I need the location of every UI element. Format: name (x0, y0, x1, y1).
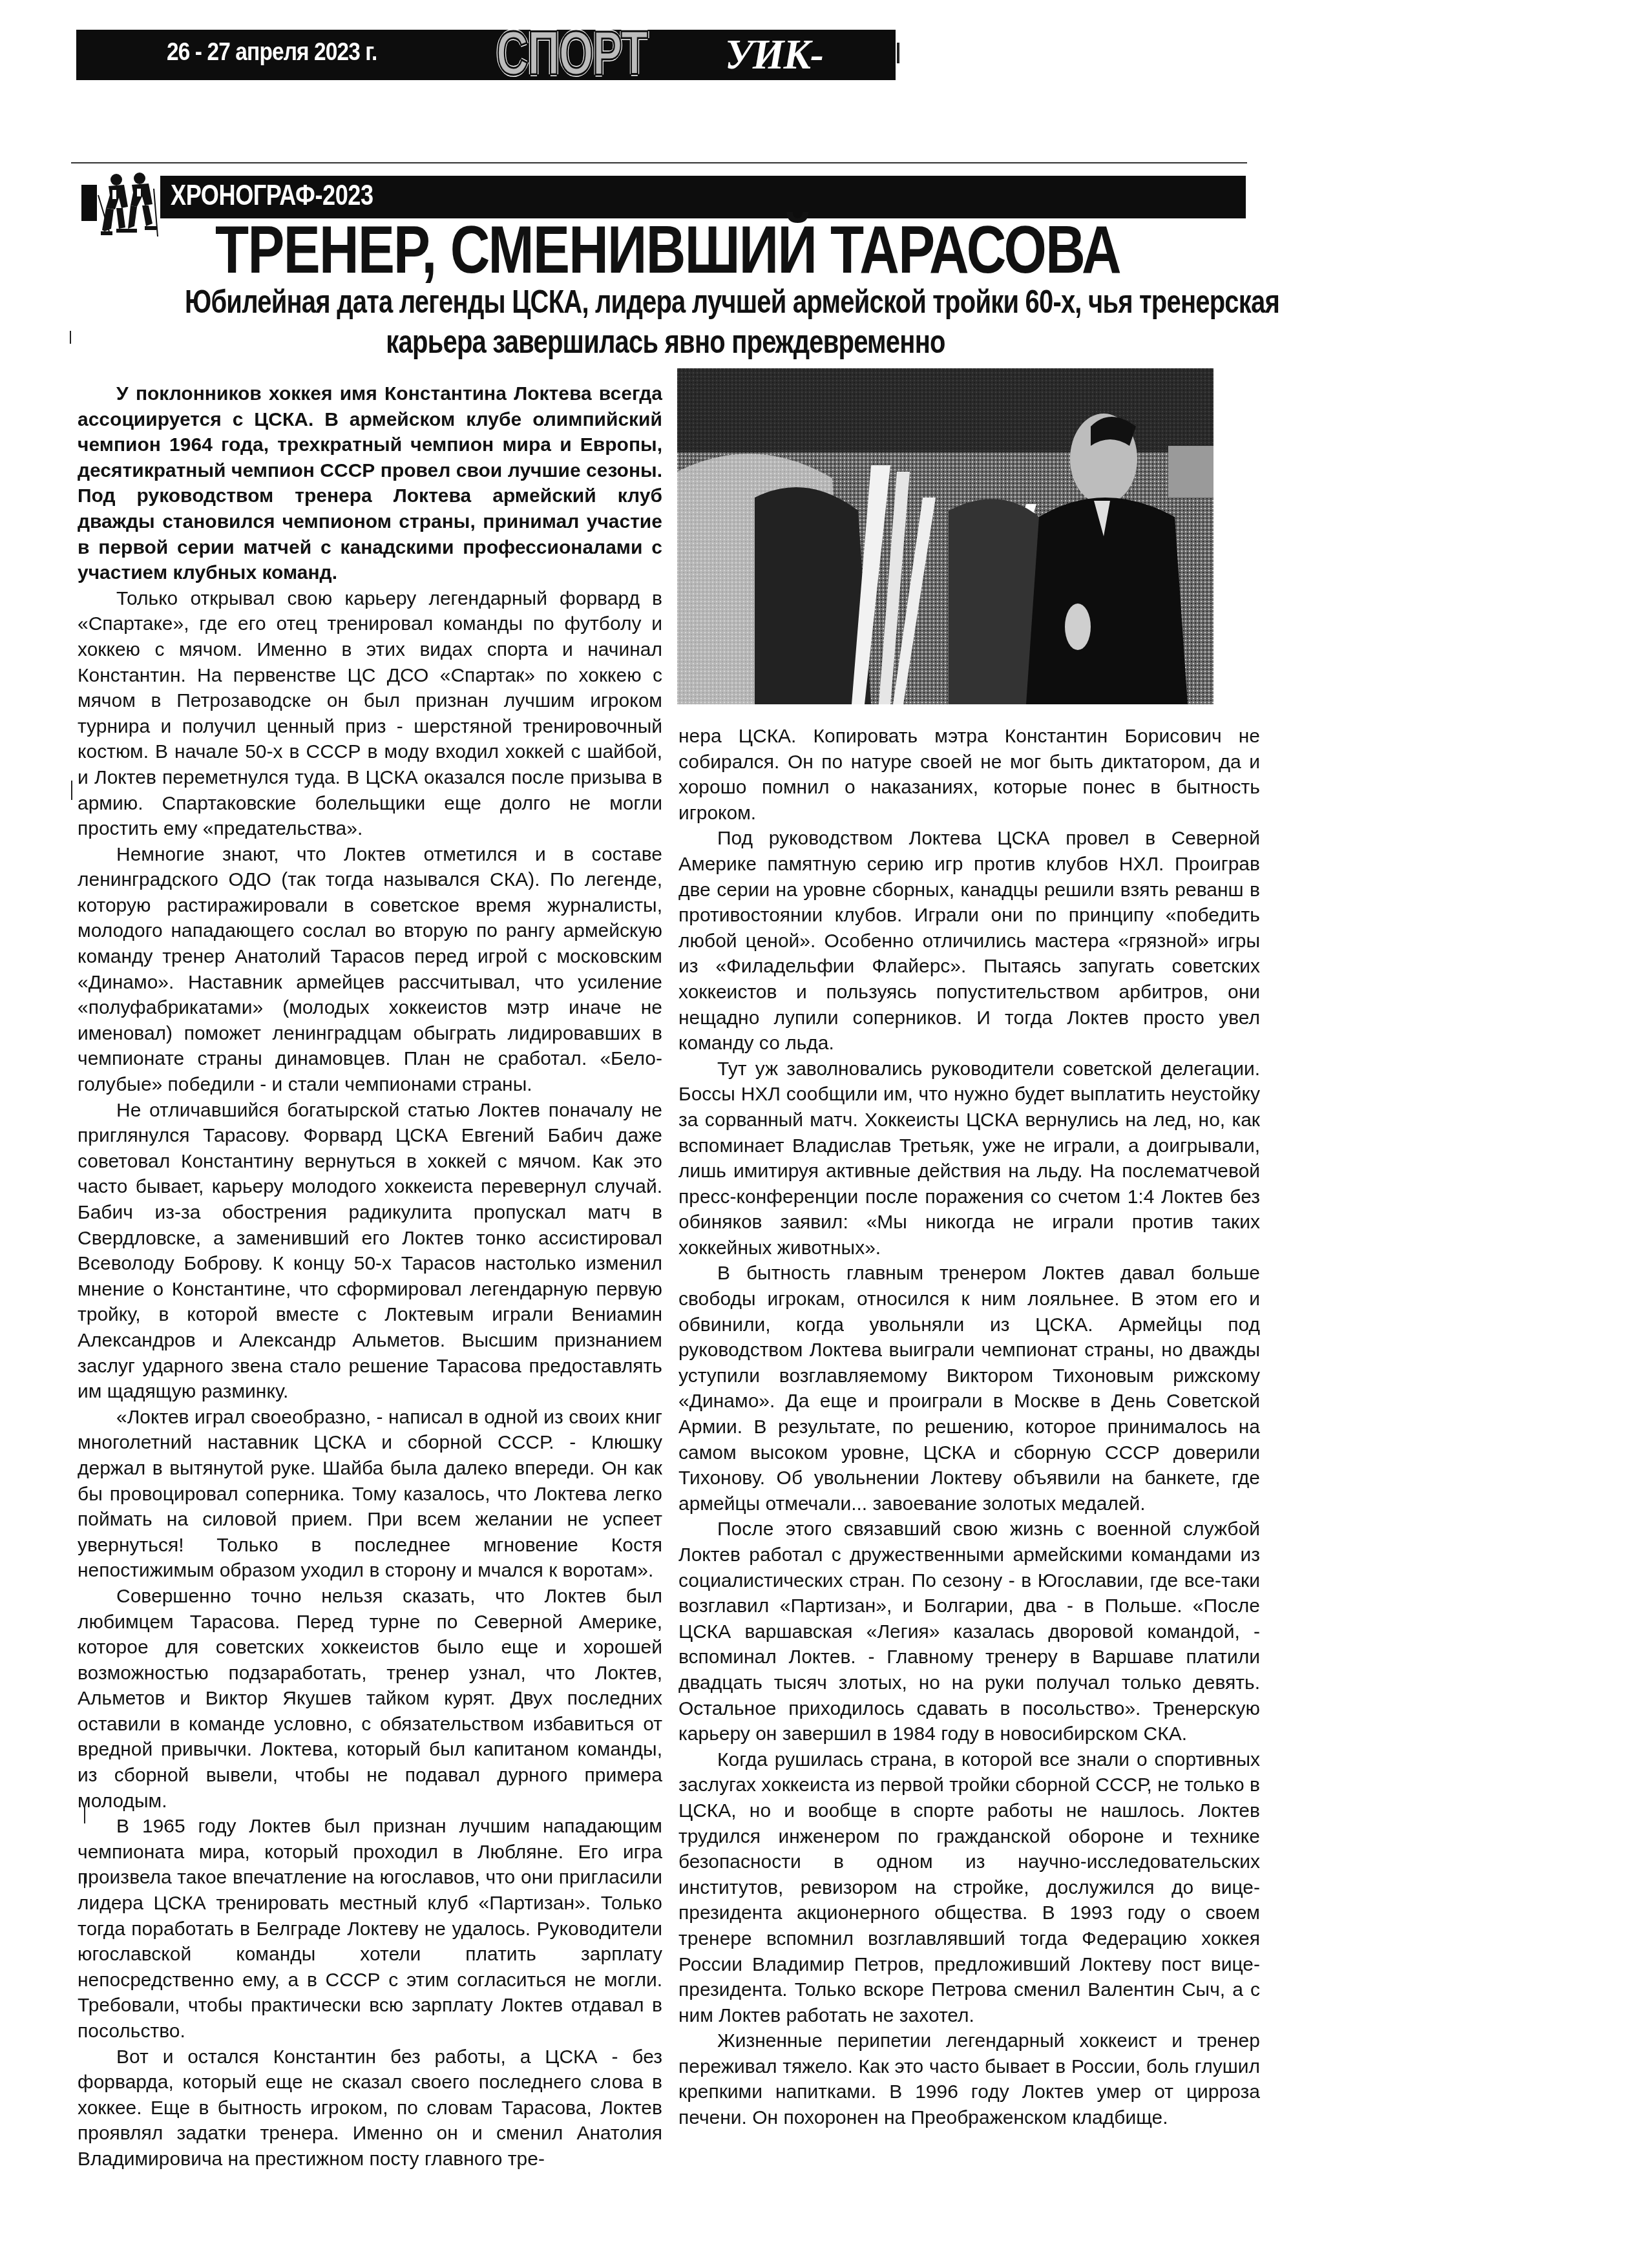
body-paragraph: Под руководством Локтева ЦСКА провел в С… (678, 826, 1260, 1056)
hockey-players-icon (97, 169, 159, 240)
right-column: нера ЦСКА. Копировать мэтра Константин Б… (678, 724, 1260, 2131)
body-paragraph: Когда рушилась страна, в которой все зна… (678, 1747, 1260, 2029)
top-rule-divider (71, 162, 1247, 163)
left-column: У поклонников хоккея имя Константина Лок… (78, 381, 662, 2172)
body-paragraph: Немногие знают, что Локтев отметился и в… (78, 842, 662, 1098)
sport-logo: СПОРТ (496, 21, 706, 87)
article-photo (677, 368, 1213, 704)
section-marker-block (81, 185, 97, 221)
scan-mark (71, 781, 72, 800)
body-paragraph: Не отличавшийся богатырской статью Локте… (78, 1098, 662, 1405)
sport-logo-text: СПОРТ (496, 23, 647, 85)
masthead: 26 - 27 апреля 2023 г. СПОРТ УИК-ЭНД (76, 30, 896, 80)
scan-mark (84, 1874, 85, 1888)
continued-paragraph: нера ЦСКА. Копировать мэтра Константин Б… (678, 724, 1260, 826)
scan-mark (84, 1807, 85, 1823)
weekend-logo: УИК-ЭНД (725, 34, 887, 119)
body-paragraph: Вот и остался Константин без работы, а Ц… (78, 2044, 662, 2172)
issue-date: 26 - 27 апреля 2023 г. (167, 39, 377, 67)
section-label: ХРОНОГРАФ-2023 (171, 180, 373, 212)
body-paragraph: Только открывал свою карьеру легендарный… (78, 586, 662, 842)
article-subheadline: Юбилейная дата легенды ЦСКА, лидера лучш… (65, 282, 1266, 362)
body-paragraph: В 1965 году Локтев был признан лучшим на… (78, 1814, 662, 2044)
body-paragraph: После этого связавший свою жизнь с военн… (678, 1517, 1260, 1747)
subhead-line-2: карьера завершилась явно преждевременно (185, 322, 1146, 362)
body-paragraph: Совершенно точно нельзя сказать, что Лок… (78, 1584, 662, 1814)
body-paragraph: «Локтев играл своеобразно, - написал в о… (78, 1405, 662, 1584)
body-paragraph: В бытность главным тренером Локтев давал… (678, 1261, 1260, 1517)
body-paragraph: Тут уж заволновались руководители советс… (678, 1056, 1260, 1261)
lead-paragraph: У поклонников хоккея имя Константина Лок… (78, 381, 662, 586)
body-paragraph: Жизненные перипетии легендарный хоккеист… (678, 2028, 1260, 2130)
article-headline: ТРЕНЕР, СМЕНИВШИЙ ТАРАСОВА (215, 213, 1116, 287)
scan-mark (70, 331, 71, 344)
subhead-line-1: Юбилейная дата легенды ЦСКА, лидера лучш… (185, 282, 1146, 322)
masthead-edge-mark (897, 43, 899, 63)
